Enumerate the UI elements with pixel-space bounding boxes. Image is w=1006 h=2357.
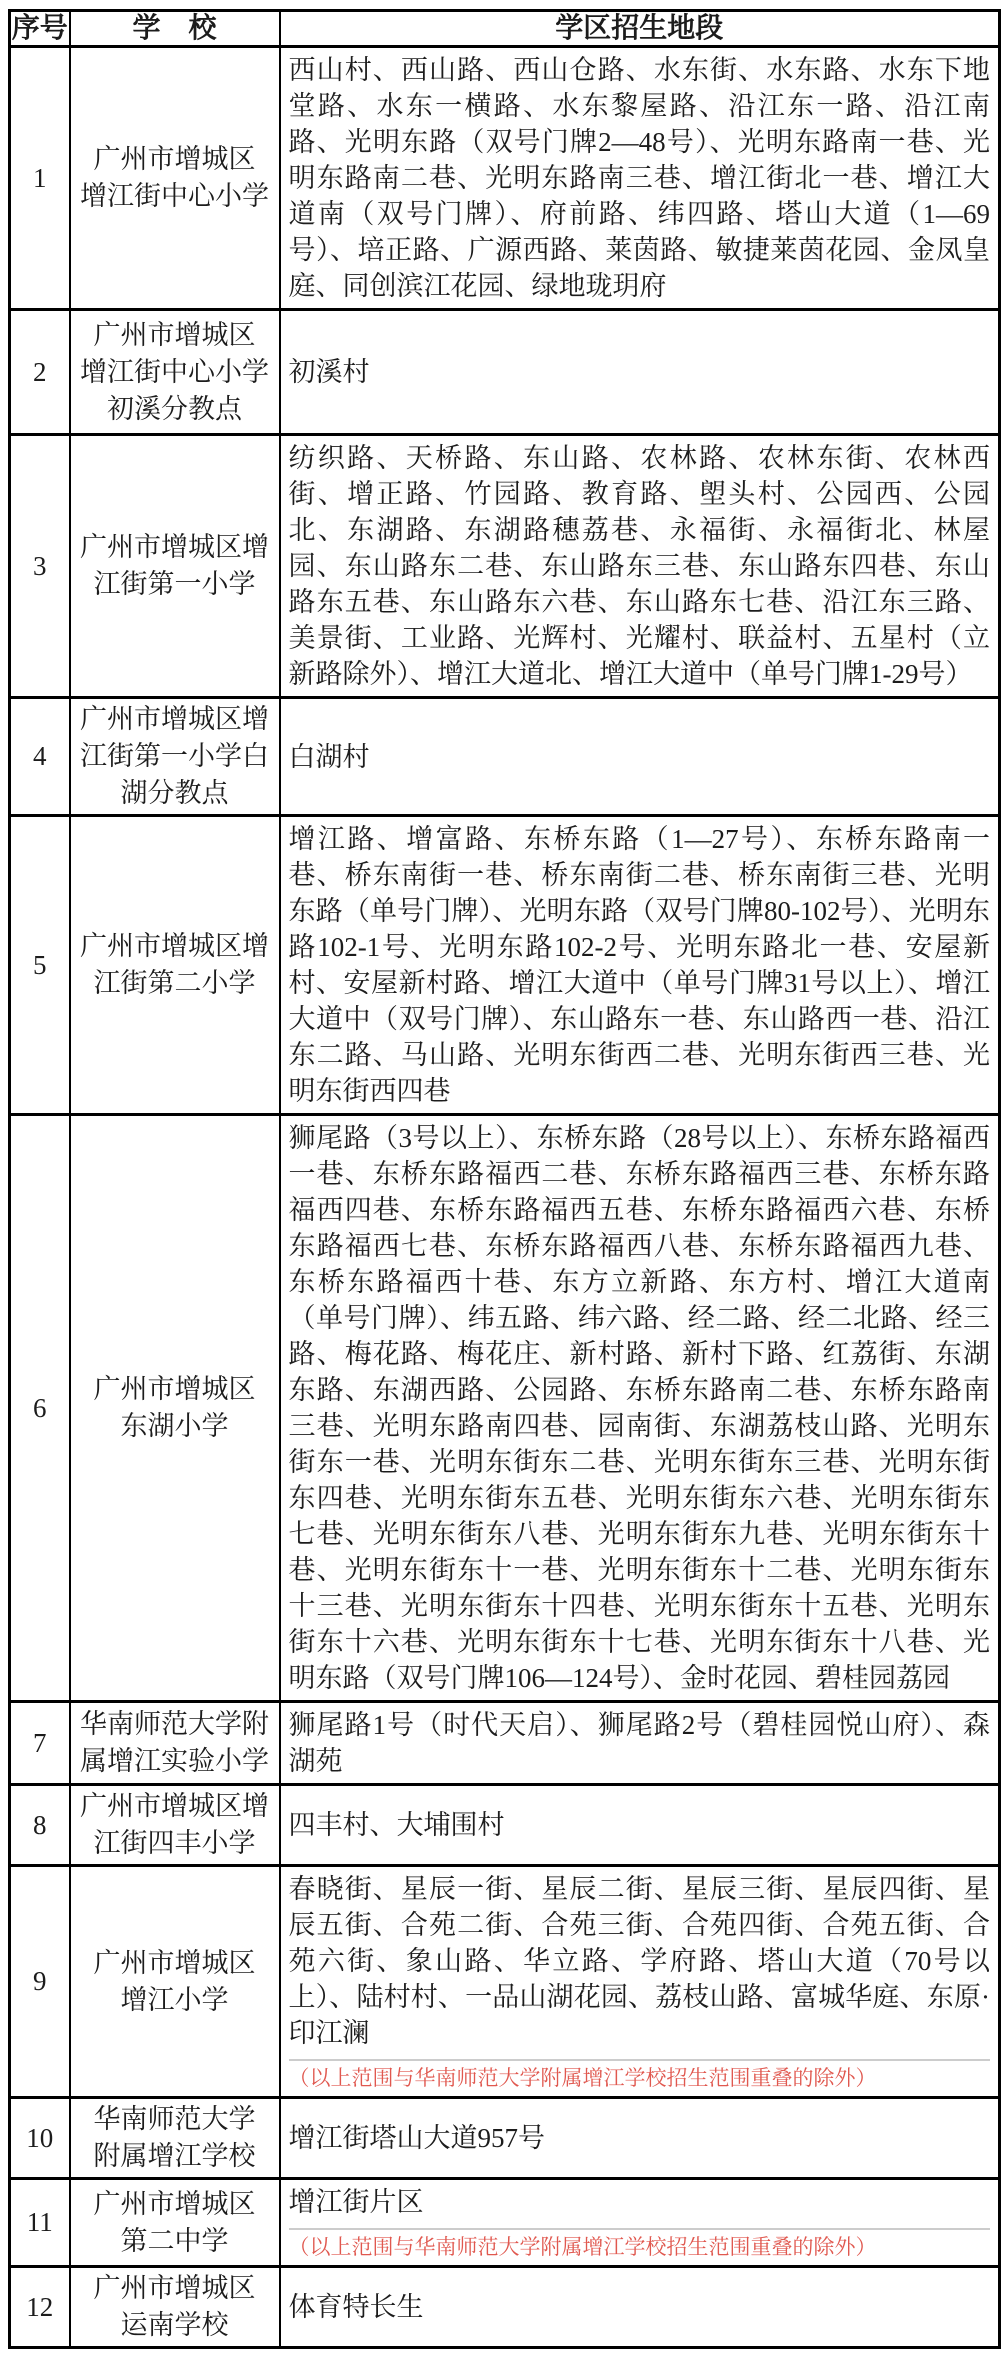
zone-cell: 狮尾路（3号以上）、东桥东路（28号以上）、东桥东路福西一巷、东桥东路福西二巷、… — [280, 1115, 1000, 1702]
zone-text: 白湖村 — [289, 739, 991, 775]
zone-cell: 体育特长生 — [280, 2267, 1000, 2348]
zone-text: 初溪村 — [289, 354, 991, 390]
table-row: 3 广州市增城区增 江街第一小学 纺织路、天桥路、东山路、农林路、农林东街、农林… — [10, 435, 1000, 698]
school-name: 广州市增城区 运南学校 — [70, 2267, 280, 2348]
table-row: 1 广州市增城区 增江街中心小学 西山村、西山路、西山仓路、水东街、水东路、水东… — [10, 47, 1000, 310]
table-row: 5 广州市增城区增 江街第二小学 增江路、增富路、东桥东路（1—27号）、东桥东… — [10, 816, 1000, 1115]
header-cell-zone: 学区招生地段 — [280, 11, 1000, 47]
header-row: 序号 学 校 学区招生地段 — [10, 11, 1000, 47]
zone-text: 西山村、西山路、西山仓路、水东街、水东路、水东下地堂路、水东一横路、水东黎屋路、… — [289, 52, 991, 304]
row-number: 11 — [10, 2179, 70, 2267]
zone-cell: 狮尾路1号（时代天启）、狮尾路2号（碧桂园悦山府）、森湖苑 — [280, 1702, 1000, 1785]
zone-text: 四丰村、大埔围村 — [289, 1807, 991, 1843]
table-row: 7 华南师范大学附 属增江实验小学 狮尾路1号（时代天启）、狮尾路2号（碧桂园悦… — [10, 1702, 1000, 1785]
zone-cell: 增江路、增富路、东桥东路（1—27号）、东桥东路南一巷、桥东南街一巷、桥东南街二… — [280, 816, 1000, 1115]
zone-text: 纺织路、天桥路、东山路、农林路、农林东街、农林西街、增正路、竹园路、教育路、塱头… — [289, 440, 991, 692]
zone-text: 增江街片区 — [289, 2184, 991, 2220]
zone-cell: 增江街片区 （以上范围与华南师范大学附属增江学校招生范围重叠的除外） — [280, 2179, 1000, 2267]
zone-text: 狮尾路1号（时代天启）、狮尾路2号（碧桂园悦山府）、森湖苑 — [289, 1707, 991, 1779]
note-divider — [289, 2228, 991, 2230]
table-row: 4 广州市增城区增 江街第一小学白 湖分教点 白湖村 — [10, 698, 1000, 816]
row-number: 3 — [10, 435, 70, 698]
zone-text: 狮尾路（3号以上）、东桥东路（28号以上）、东桥东路福西一巷、东桥东路福西二巷、… — [289, 1120, 991, 1696]
school-name: 广州市增城区 增江小学 — [70, 1866, 280, 2098]
school-name: 广州市增城区增 江街第一小学 — [70, 435, 280, 698]
table-row: 10 华南师范大学 附属增江学校 增江街塔山大道957号 — [10, 2098, 1000, 2179]
school-name: 广州市增城区增 江街第二小学 — [70, 816, 280, 1115]
school-name: 广州市增城区 增江街中心小学 — [70, 47, 280, 310]
row-number: 4 — [10, 698, 70, 816]
school-name: 广州市增城区增 江街第一小学白 湖分教点 — [70, 698, 280, 816]
row-number: 7 — [10, 1702, 70, 1785]
row-number: 9 — [10, 1866, 70, 2098]
zone-cell: 白湖村 — [280, 698, 1000, 816]
row-number: 5 — [10, 816, 70, 1115]
table-row: 2 广州市增城区 增江街中心小学 初溪分教点 初溪村 — [10, 310, 1000, 435]
school-name: 华南师范大学附 属增江实验小学 — [70, 1702, 280, 1785]
header-cell-no: 序号 — [10, 11, 70, 47]
table-row: 6 广州市增城区 东湖小学 狮尾路（3号以上）、东桥东路（28号以上）、东桥东路… — [10, 1115, 1000, 1702]
zone-cell: 初溪村 — [280, 310, 1000, 435]
document-page: 序号 学 校 学区招生地段 1 广州市增城区 增江街中心小学 西山村、西山路、西… — [0, 0, 1006, 2357]
school-name: 广州市增城区 第二中学 — [70, 2179, 280, 2267]
school-zone-table: 序号 学 校 学区招生地段 1 广州市增城区 增江街中心小学 西山村、西山路、西… — [8, 9, 1001, 2349]
row-number: 8 — [10, 1785, 70, 1866]
zone-overlap-note: （以上范围与华南师范大学附属增江学校招生范围重叠的除外） — [289, 2234, 991, 2261]
zone-text: 体育特长生 — [289, 2289, 991, 2325]
zone-cell: 春晓街、星辰一街、星辰二街、星辰三街、星辰四街、星辰五街、合苑二街、合苑三街、合… — [280, 1866, 1000, 2098]
zone-cell: 四丰村、大埔围村 — [280, 1785, 1000, 1866]
row-number: 12 — [10, 2267, 70, 2348]
zone-cell: 纺织路、天桥路、东山路、农林路、农林东街、农林西街、增正路、竹园路、教育路、塱头… — [280, 435, 1000, 698]
zone-text: 春晓街、星辰一街、星辰二街、星辰三街、星辰四街、星辰五街、合苑二街、合苑三街、合… — [289, 1871, 991, 2051]
zone-overlap-note: （以上范围与华南师范大学附属增江学校招生范围重叠的除外） — [289, 2065, 991, 2092]
row-number: 1 — [10, 47, 70, 310]
row-number: 10 — [10, 2098, 70, 2179]
row-number: 2 — [10, 310, 70, 435]
table-row: 9 广州市增城区 增江小学 春晓街、星辰一街、星辰二街、星辰三街、星辰四街、星辰… — [10, 1866, 1000, 2098]
zone-text: 增江街塔山大道957号 — [289, 2120, 991, 2156]
header-cell-school: 学 校 — [70, 11, 280, 47]
row-number: 6 — [10, 1115, 70, 1702]
school-name: 广州市增城区 东湖小学 — [70, 1115, 280, 1702]
zone-cell: 西山村、西山路、西山仓路、水东街、水东路、水东下地堂路、水东一横路、水东黎屋路、… — [280, 47, 1000, 310]
school-name: 广州市增城区增 江街四丰小学 — [70, 1785, 280, 1866]
school-name: 华南师范大学 附属增江学校 — [70, 2098, 280, 2179]
zone-text: 增江路、增富路、东桥东路（1—27号）、东桥东路南一巷、桥东南街一巷、桥东南街二… — [289, 821, 991, 1109]
school-name: 广州市增城区 增江街中心小学 初溪分教点 — [70, 310, 280, 435]
table-row: 8 广州市增城区增 江街四丰小学 四丰村、大埔围村 — [10, 1785, 1000, 1866]
table-row: 12 广州市增城区 运南学校 体育特长生 — [10, 2267, 1000, 2348]
note-divider — [289, 2059, 991, 2061]
zone-cell: 增江街塔山大道957号 — [280, 2098, 1000, 2179]
table-row: 11 广州市增城区 第二中学 增江街片区 （以上范围与华南师范大学附属增江学校招… — [10, 2179, 1000, 2267]
